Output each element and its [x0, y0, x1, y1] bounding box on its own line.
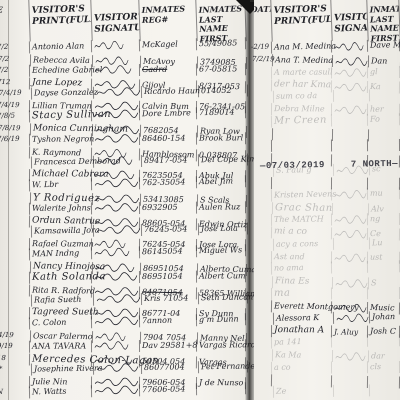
signature-cell — [94, 293, 142, 305]
inmate-reg-cell: 86460-154 — [140, 133, 197, 145]
signature-column-header: VISITOR'S SIGNATURE — [91, 0, 140, 43]
date-cell — [254, 103, 272, 115]
signature-scribble — [94, 179, 139, 189]
visitor-name-cell: Francesca Demborad — [32, 156, 94, 168]
visitor-name-cell: ma — [272, 287, 332, 300]
signature-cell — [92, 133, 140, 145]
date-cell — [0, 169, 30, 181]
signature-column-header: VISITOR'S SIGNATURE — [331, 0, 368, 43]
inmate-name-cell: Dave M — [368, 39, 400, 52]
date-cell: 7/4/19 — [0, 100, 30, 112]
visitor-name-cell: Kath Solanda — [30, 271, 92, 283]
inmate-name-cell — [368, 261, 400, 274]
visitor-name-cell: sum co da — [274, 90, 334, 103]
inmate-name-cell — [368, 334, 400, 347]
inmate-reg-cell: 86145054 — [140, 245, 197, 258]
visitor-name-cell: W. Lbr — [30, 178, 92, 191]
left-page-rows: 7/2Antonio AlanMcKagel55/490857/2Rebecca… — [0, 42, 246, 399]
inmate-name-cell: Seth Duncan — [199, 292, 248, 304]
visitor-name-cell: Kristen Nevens — [272, 188, 332, 201]
date-cell — [2, 157, 32, 169]
log-row: -2/19Ana M. MedinaDave M — [254, 39, 400, 54]
inmate-name-cell: g m Dunn — [197, 313, 246, 325]
date-cell — [0, 307, 30, 319]
visitor-name-cell: MAN Indng — [30, 247, 92, 260]
inmate-name-cell: mu — [368, 187, 400, 200]
signature-cell — [332, 361, 368, 374]
signature-cell — [92, 64, 140, 76]
signature-scribble — [336, 313, 369, 322]
log-row: 7/4/19Dayse GonzalezRicardo Haun014052 — [2, 85, 248, 100]
date-cell — [0, 179, 30, 191]
log-row: 9/19ANA TAVARADav 29581+8Vargas Ricardo — [0, 339, 246, 352]
signature-cell — [92, 271, 140, 283]
date-cell — [255, 202, 273, 215]
inmate-name-cell: 7189014 — [197, 106, 246, 118]
date-cell — [254, 189, 272, 202]
inmate-name-cell: Fo — [368, 113, 400, 126]
signature-cell — [332, 187, 368, 200]
log-row: Ze — [256, 384, 400, 398]
signature-scribble — [96, 156, 133, 166]
date-cell — [254, 288, 272, 300]
signature-cell — [92, 315, 140, 327]
signature-scribble — [335, 352, 366, 361]
visitor-name-cell: C. Colon — [30, 316, 92, 329]
inmate-name-cell: Aulen Ruz — [197, 201, 246, 213]
date-cell — [254, 374, 272, 387]
log-row: The MATCHng — [254, 213, 400, 226]
signature-cell — [332, 66, 368, 79]
inmate-reg-cell: 86951054 — [140, 271, 197, 283]
date-cell — [254, 251, 272, 263]
inmate-name-cell: 014052 — [199, 85, 248, 97]
signature-scribble — [94, 65, 132, 74]
signature-scribble — [96, 294, 141, 304]
date-cell — [0, 248, 30, 260]
date-cell — [254, 263, 272, 276]
date-cell — [254, 362, 272, 374]
visitor-name-cell: Rafia Sueth — [32, 294, 94, 306]
signature-cell — [92, 39, 140, 51]
visitor-name-column-header: VISITOR'S PRINT(FULL)NAME — [29, 0, 92, 43]
date-column-header: DATE — [253, 0, 272, 42]
inmate-name-cell: 67-05815 — [197, 63, 246, 75]
visitor-name-cell: Ze — [274, 385, 334, 398]
visitor-name-cell: Dayse Gonzalez — [32, 87, 94, 99]
signature-cell — [332, 40, 368, 53]
inmate-name-cell: Pet Fernandez — [199, 361, 248, 373]
log-row: no ama — [254, 261, 400, 276]
date-cell — [255, 349, 273, 362]
date-cell: 7/6/19 — [0, 134, 30, 146]
date-cell — [256, 91, 274, 104]
date-cell: 7/2 — [0, 41, 30, 53]
signature-scribble — [94, 317, 139, 327]
signature-cell — [334, 385, 370, 398]
inmate-name-cell: Miguel Ws — [197, 244, 246, 256]
inmate-name-cell: Johan — [370, 310, 400, 323]
date-cell: 7/4/19 — [2, 88, 32, 100]
log-row: Kristen Nevensmu — [254, 187, 400, 202]
inmate-reg-cell: 86077004 — [142, 361, 199, 373]
date-cell — [2, 295, 32, 307]
signature-cell — [334, 311, 370, 324]
right-page: DATE VISITOR'S PRINT(FULL)NAME VISITOR'S… — [254, 0, 400, 400]
date-cell: -2/19 — [254, 42, 272, 55]
visitor-name-cell: Tyshon Negron — [30, 133, 92, 145]
visitor-name-cell: Stacy Sullivan — [30, 109, 92, 122]
inmate-reg-column-header: INMATES REG# — [139, 0, 197, 43]
inmate-reg-cell: Dore Lmbre — [140, 107, 197, 120]
date-cell — [0, 238, 30, 250]
inmate-reg-cell: 77606-054 — [140, 383, 197, 396]
log-row: Kamsawilla Jora76245-054Jose Loia — [2, 223, 248, 238]
inmate-name-cell: Lu — [370, 237, 400, 250]
log-row: Walerite Johns6932905Aulen Ruz — [0, 201, 246, 214]
inmate-name-cell: 55/49085 — [197, 37, 246, 49]
log-row: 7/2Echedine GabrielGadrd67-05815 — [0, 63, 246, 76]
inmate-name-cell: ng — [368, 213, 400, 226]
inmate-name-cell: cls — [368, 361, 400, 374]
stamp-date: —07/03/2019 — [260, 160, 325, 171]
date-cell — [254, 66, 272, 78]
signature-scribble — [94, 386, 139, 396]
log-row: Kath Solanda86951054Albert Cum — [0, 270, 246, 283]
log-row: Alessora KJohan — [256, 310, 400, 324]
visitor-name-cell: ANA TAVARA — [30, 340, 92, 352]
date-cell — [1, 261, 31, 273]
inmate-name-column-header: INMATES LAST NAME FIRST NAME — [367, 0, 400, 43]
inmate-reg-cell: 76245-054 — [142, 223, 199, 235]
inmate-name-cell: Abel Jim — [197, 175, 246, 187]
date-cell — [2, 226, 32, 238]
date-cell — [0, 272, 30, 284]
inmate-reg-cell: Gadrd — [140, 64, 197, 76]
date-cell — [0, 317, 30, 329]
signature-scribble — [334, 42, 364, 52]
inmate-reg-cell: Dav 29581+8 — [140, 340, 197, 352]
visitor-name-cell: The MATCH — [272, 214, 332, 227]
signature-cell — [92, 177, 140, 189]
signature-scribble — [94, 203, 139, 212]
signature-cell — [332, 213, 368, 226]
date-cell — [1, 192, 31, 204]
signature-cell — [92, 340, 140, 352]
log-row: Francesca Demborad89417-054Del Cope Kimo… — [2, 154, 248, 169]
signature-cell — [92, 384, 140, 396]
signature-cell — [94, 224, 142, 236]
visitor-name-cell: a co — [272, 361, 332, 374]
inmate-name-cell: Albert Cum — [197, 270, 246, 282]
log-row: sum co da — [256, 89, 400, 103]
visitor-name-cell: Alessora K — [274, 311, 334, 324]
visitor-name-cell: N. Watts — [30, 385, 92, 398]
inmate-name-cell — [368, 139, 400, 152]
date-cell: N — [0, 386, 30, 398]
signature-cell — [332, 140, 368, 153]
log-row: 7/6/19Tyshon Negron86460-154Brook Burl — [0, 132, 246, 145]
inmate-name-cell: Jose Loia — [199, 223, 248, 235]
inmate-reg-cell: Kris 71054 — [142, 292, 199, 304]
log-row: pa 141 — [254, 334, 400, 349]
signature-cell — [332, 287, 368, 300]
log-row: *Josephine Rivera86077004Pet Fernandez — [2, 361, 248, 376]
signature-cell — [332, 114, 368, 127]
visitor-name-cell: Josephine Rivera — [32, 363, 94, 375]
date-cell — [256, 312, 274, 325]
date-cell — [254, 140, 272, 152]
signature-scribble — [94, 110, 139, 120]
log-row: Rafia SuethKris 71054Seth Duncan — [2, 292, 248, 307]
date-cell: 7/8/5 — [0, 110, 30, 122]
date-cell: 7/2 — [0, 65, 30, 77]
signature-cell — [94, 362, 142, 374]
date-cell — [256, 238, 274, 251]
signature-scribble — [94, 248, 130, 258]
date-cell — [0, 376, 30, 388]
date-cell — [255, 128, 273, 141]
inmate-name-cell: Brook Burl — [197, 132, 246, 144]
signature-scribble — [96, 363, 139, 373]
date-cell — [256, 386, 274, 399]
inmate-name-cell — [197, 382, 246, 394]
signature-cell — [92, 202, 140, 214]
date-cell — [254, 325, 272, 337]
signature-scribble — [94, 134, 139, 143]
log-row — [254, 139, 400, 152]
log-row: A marte casullgl — [254, 66, 400, 79]
date-cell: 7/2/19 — [255, 54, 273, 67]
visitor-name-cell: no ama — [272, 262, 332, 275]
signature-cell — [92, 108, 140, 120]
inmate-name-cell: Vargas Ricardo — [197, 339, 246, 351]
signature-scribble — [96, 87, 141, 97]
date-cell: 9/19 — [0, 341, 30, 353]
signature-cell — [334, 237, 370, 250]
signature-scribble — [94, 341, 129, 350]
date-cell — [254, 337, 272, 350]
inmate-reg-cell: McKagel — [140, 38, 197, 51]
date-cell: 7/2 — [1, 54, 31, 66]
visitor-name-cell: acy a cons — [274, 238, 334, 251]
signature-scribble — [334, 189, 367, 199]
inmate-name-cell: gl — [368, 66, 400, 79]
signature-cell — [94, 86, 142, 98]
inmate-name-cell — [368, 287, 400, 300]
log-row: Mr CreenFo — [254, 113, 400, 128]
page-crease — [8, 0, 9, 400]
stamp-unit: 7 NORTH— — [351, 159, 398, 170]
signature-cell — [94, 155, 142, 167]
right-page-rows: -2/19Ana M. MedinaDave M7/2/19Ana T. Med… — [254, 42, 400, 399]
signature-cell — [92, 246, 140, 258]
inmate-name-cell: Del Cope Kimora — [199, 154, 248, 166]
visitor-name-cell: pa 141 — [272, 336, 332, 349]
inmate-reg-cell: 762-35054 — [140, 176, 197, 189]
inmate-reg-cell: 89417-054 — [142, 154, 199, 166]
signature-scribble — [96, 225, 141, 235]
left-page-header: E VISITOR'S PRINT(FULL)NAME VISITOR'S SI… — [0, 0, 246, 42]
visitor-name-cell: Ana M. Medina — [272, 41, 332, 54]
date-cell — [254, 226, 272, 239]
signature-scribble — [334, 215, 367, 224]
signature-cell — [334, 90, 370, 103]
visitor-name-cell: Walerite Johns — [30, 202, 92, 214]
signature-cell — [332, 261, 368, 274]
date-cell: 4/19 — [1, 330, 31, 342]
log-row: acy a consLu — [256, 237, 400, 251]
inmate-reg-cell: 7annon — [140, 314, 197, 327]
visitor-name-cell: Echedine Gabriel — [30, 64, 92, 76]
visitor-name-cell: Kamsawilla Jora — [32, 225, 94, 237]
visitor-name-cell: A marte casull — [272, 66, 332, 79]
date-cell — [255, 276, 273, 289]
log-row: ma — [254, 287, 400, 300]
date-cell — [0, 203, 30, 215]
date-cell — [254, 214, 272, 226]
date-cell — [254, 177, 272, 189]
log-row: a cocls — [254, 361, 400, 374]
signature-scribble — [335, 57, 368, 66]
signature-scribble — [94, 272, 138, 281]
date-cell — [254, 115, 272, 128]
signature-scribble — [334, 67, 367, 76]
signature-cell — [332, 335, 368, 348]
inmate-reg-cell: Ricardo Haun — [142, 85, 199, 97]
inmate-name-cell — [370, 89, 400, 102]
signature-scribble — [94, 41, 124, 51]
inmate-reg-cell: 6932905 — [140, 202, 197, 214]
visitor-name-cell: Mr Creen — [272, 114, 332, 127]
logbook-scan-photo: E VISITOR'S PRINT(FULL)NAME VISITOR'S SI… — [0, 0, 400, 400]
left-page: E VISITOR'S PRINT(FULL)NAME VISITOR'S SI… — [0, 0, 246, 400]
right-page-header: DATE VISITOR'S PRINT(FULL)NAME VISITOR'S… — [254, 0, 400, 42]
date-column-header: E — [0, 0, 31, 43]
inmate-name-cell — [370, 384, 400, 397]
visitor-name-column-header: VISITOR'S PRINT(FULL)NAME — [271, 0, 332, 43]
date-cell — [254, 79, 272, 92]
visitor-name-cell — [272, 140, 332, 153]
date-cell: 7/8/19 — [1, 123, 31, 135]
date-cell — [254, 300, 272, 313]
date-cell: * — [2, 364, 32, 376]
visitor-name-cell: Antonio Alan — [30, 40, 92, 53]
